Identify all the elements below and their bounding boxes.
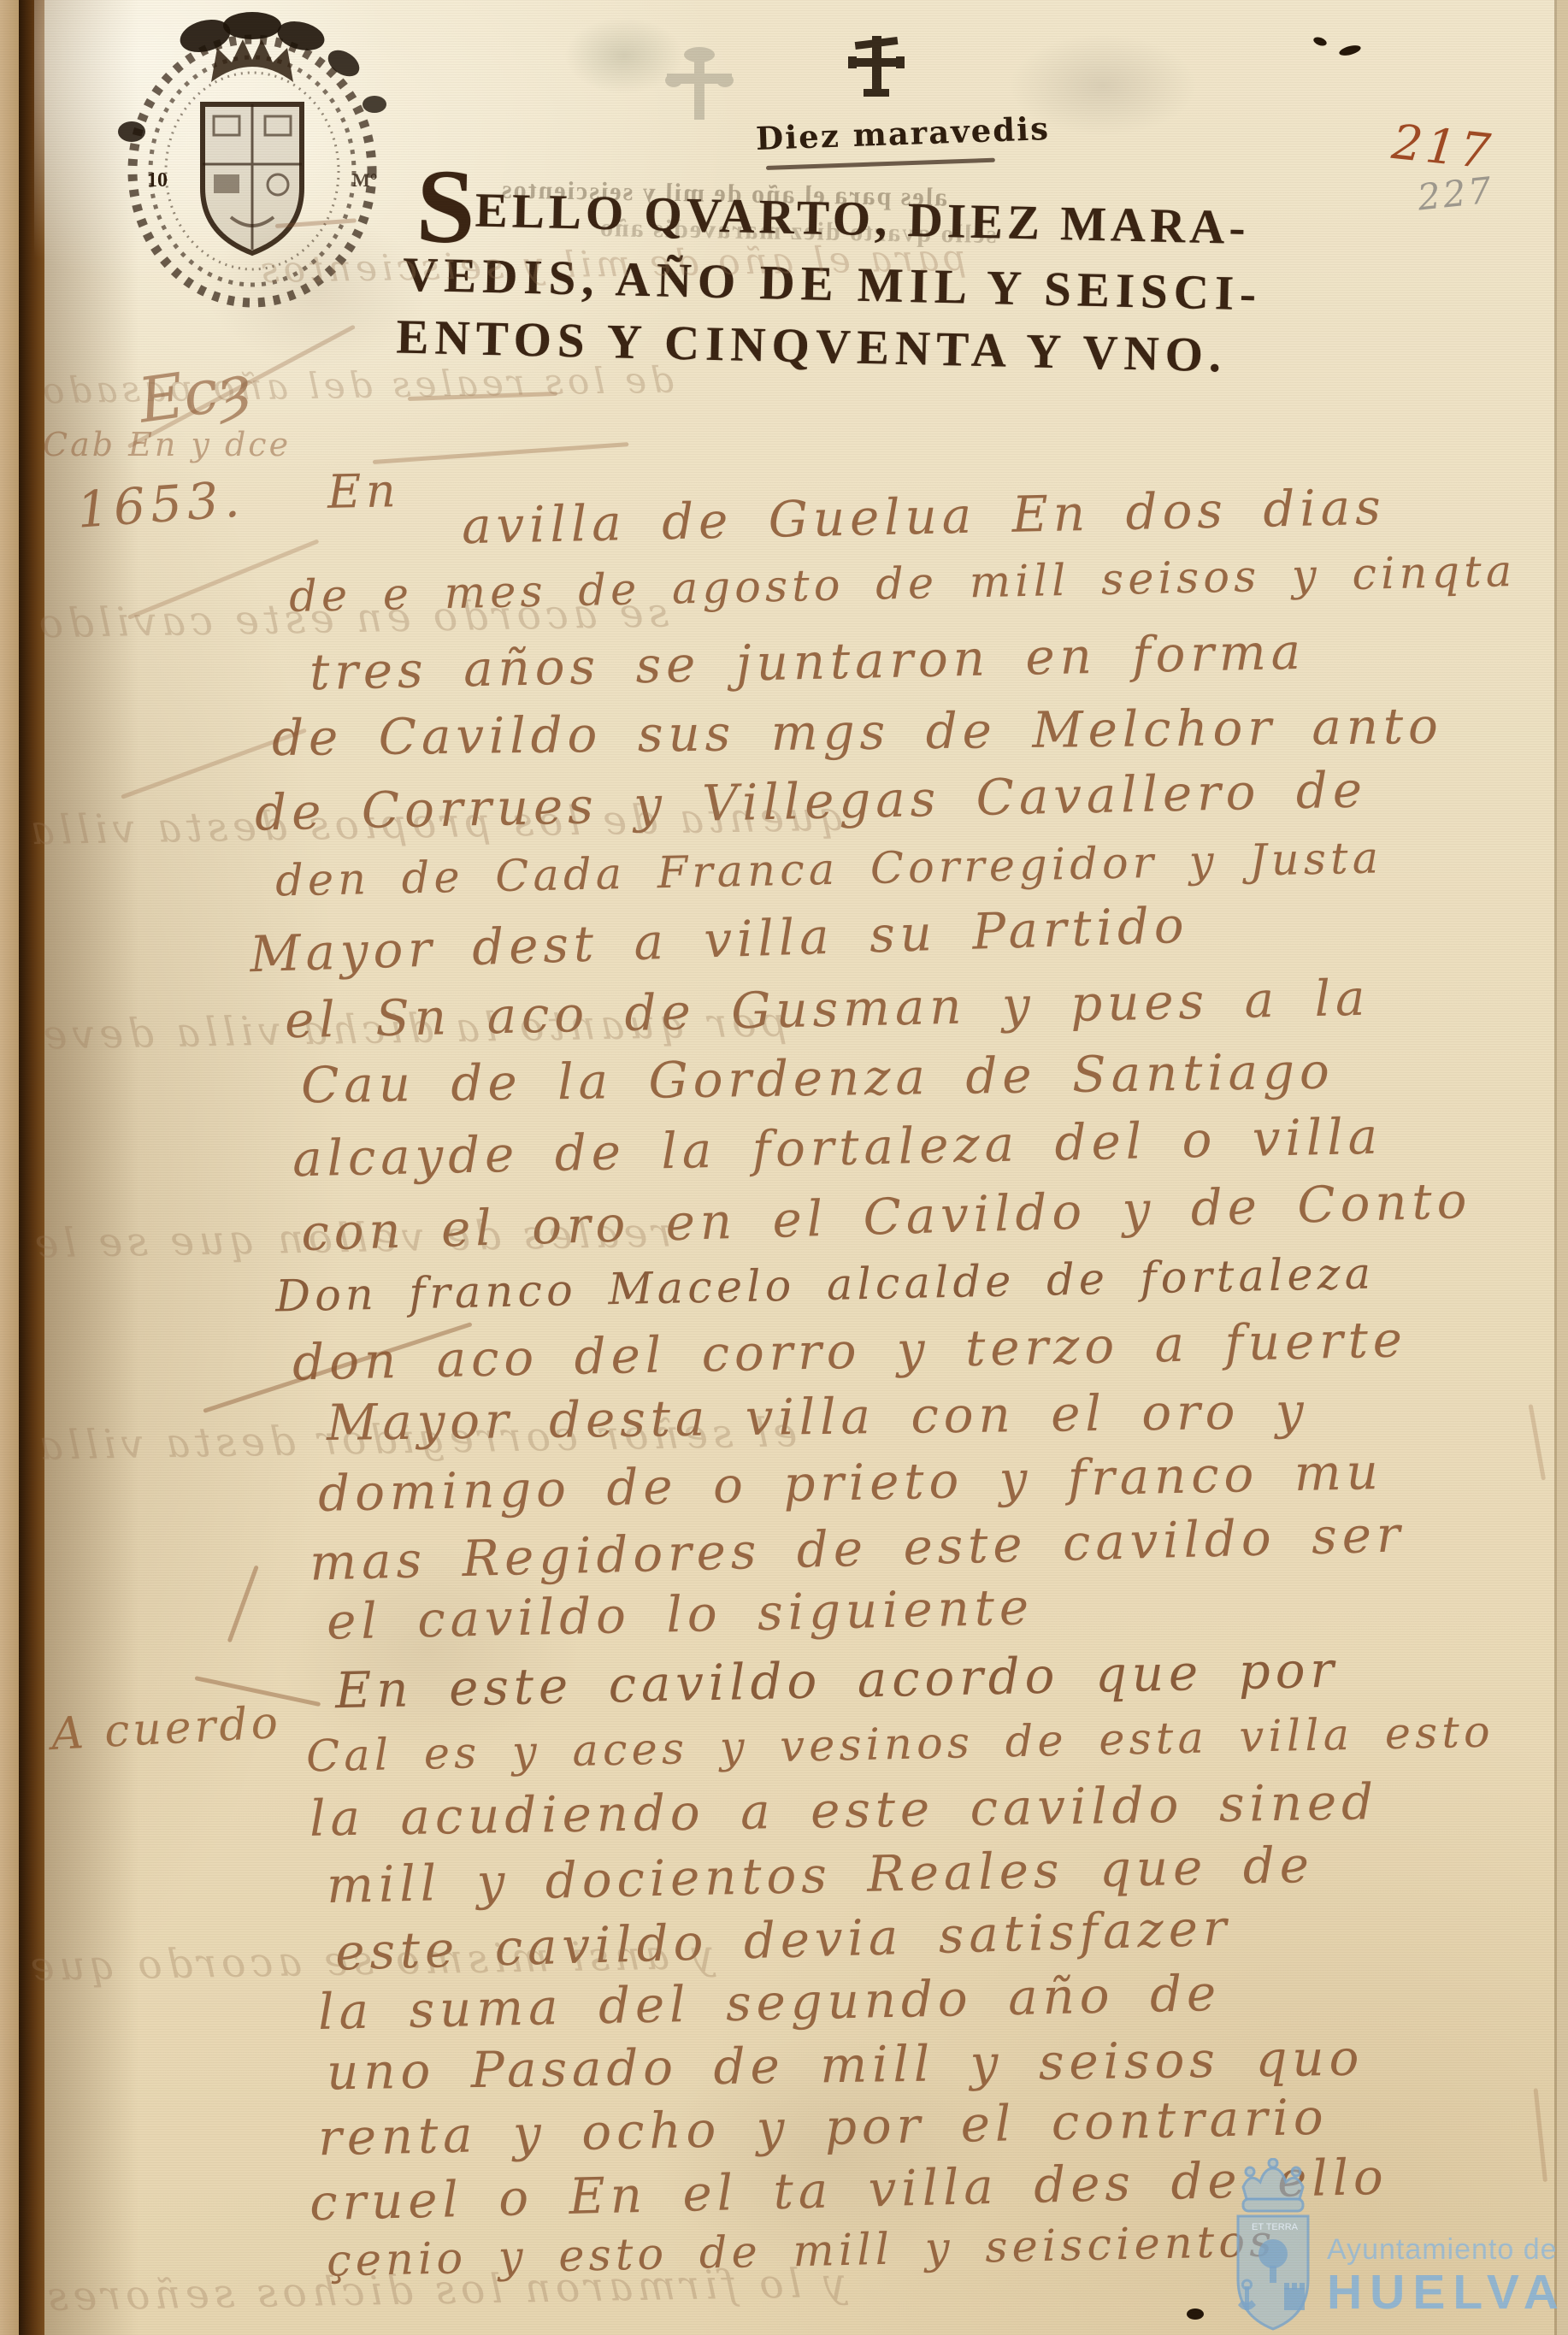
acuerdo-cross-stroke	[227, 1565, 259, 1642]
bleedthrough-line: reales de vellon que se le	[30, 1212, 672, 1264]
manuscript-line: uno Pasado de mill y seisos quo	[327, 2033, 1365, 2097]
stamp-denomination-right: M°	[352, 169, 378, 191]
manuscript-line: En	[327, 468, 400, 516]
margin-year-note: 1653.	[75, 469, 246, 540]
manuscript-line: alcayde de la fortaleza del o villa	[292, 1111, 1383, 1184]
manuscript-line: el cavildo lo siguiente	[326, 1582, 1034, 1646]
manuscript-line: Cau de la Gordenza de Santiago	[301, 1047, 1335, 1111]
ink-speck	[1187, 2308, 1204, 2320]
printed-cross-icon	[848, 32, 905, 101]
ink-speck	[1312, 36, 1328, 48]
ink-flourish	[373, 442, 629, 464]
manuscript-line: Don franco Macelo alcalde de fortaleza	[275, 1253, 1376, 1319]
bleedthrough-line: se acordo en este cavildo	[34, 593, 669, 645]
fiscal-note-underline	[766, 158, 995, 170]
margin-scribble: Cab En y dce	[43, 426, 291, 463]
fiscal-note: Diez maravedis	[755, 109, 1050, 157]
watermark-motto: ET TERRA	[1252, 2222, 1299, 2232]
bleedthrough-line: quenta de los propios desta villa	[26, 797, 846, 852]
watermark-city-name: HUELVA	[1327, 2264, 1566, 2320]
margin-acuerdo-note: A cuerdo	[50, 1697, 283, 1760]
folio-number-pencil: 227	[1416, 168, 1496, 218]
bleedthrough-line: el señor corregidor desta villa	[34, 1412, 798, 1466]
stamp-denomination-left: 10	[147, 169, 168, 192]
manuscript-line: Cal es y aces y vesinos de esta villa es…	[306, 1710, 1495, 1778]
edge-mark	[1529, 1404, 1547, 1481]
watermark-org-line: Ayuntamiento de	[1327, 2233, 1558, 2267]
previous-page-edge	[0, 0, 19, 2335]
page-right-edge	[1557, 0, 1568, 2335]
huelva-coat-of-arms-icon: ET TERRA	[1226, 2158, 1320, 2335]
bleedthrough-line: de los reales del año pasado	[38, 363, 675, 410]
ink-speck	[1338, 44, 1362, 57]
bleedthrough-line: por quanto la dicha villa deve	[38, 1002, 787, 1055]
heading-initial: S	[416, 168, 476, 245]
manuscript-line: Mayor dest a villa su Partido	[249, 900, 1189, 979]
manuscript-line: de Cavildo sus mgs de Melchor anto	[272, 701, 1443, 763]
bleedthrough-line: y ansi mismo se acordo que	[26, 1935, 715, 1987]
manuscript-scan-page: 10 M° Diez maravedis ales para el año de…	[0, 0, 1568, 2335]
manuscript-line: avilla de Guelua En dos dias	[462, 482, 1387, 551]
manuscript-line: mas Regidores de este cavildo ser	[309, 1509, 1406, 1588]
bleedthrough-line: y lo firmaron los dichos señores	[43, 2263, 847, 2317]
faint-cross-smudge-icon	[657, 44, 742, 130]
manuscript-line: En este cavildo acordo que por	[335, 1645, 1340, 1716]
manuscript-line: la acudiendo a este cavildo sined	[309, 1777, 1379, 1843]
